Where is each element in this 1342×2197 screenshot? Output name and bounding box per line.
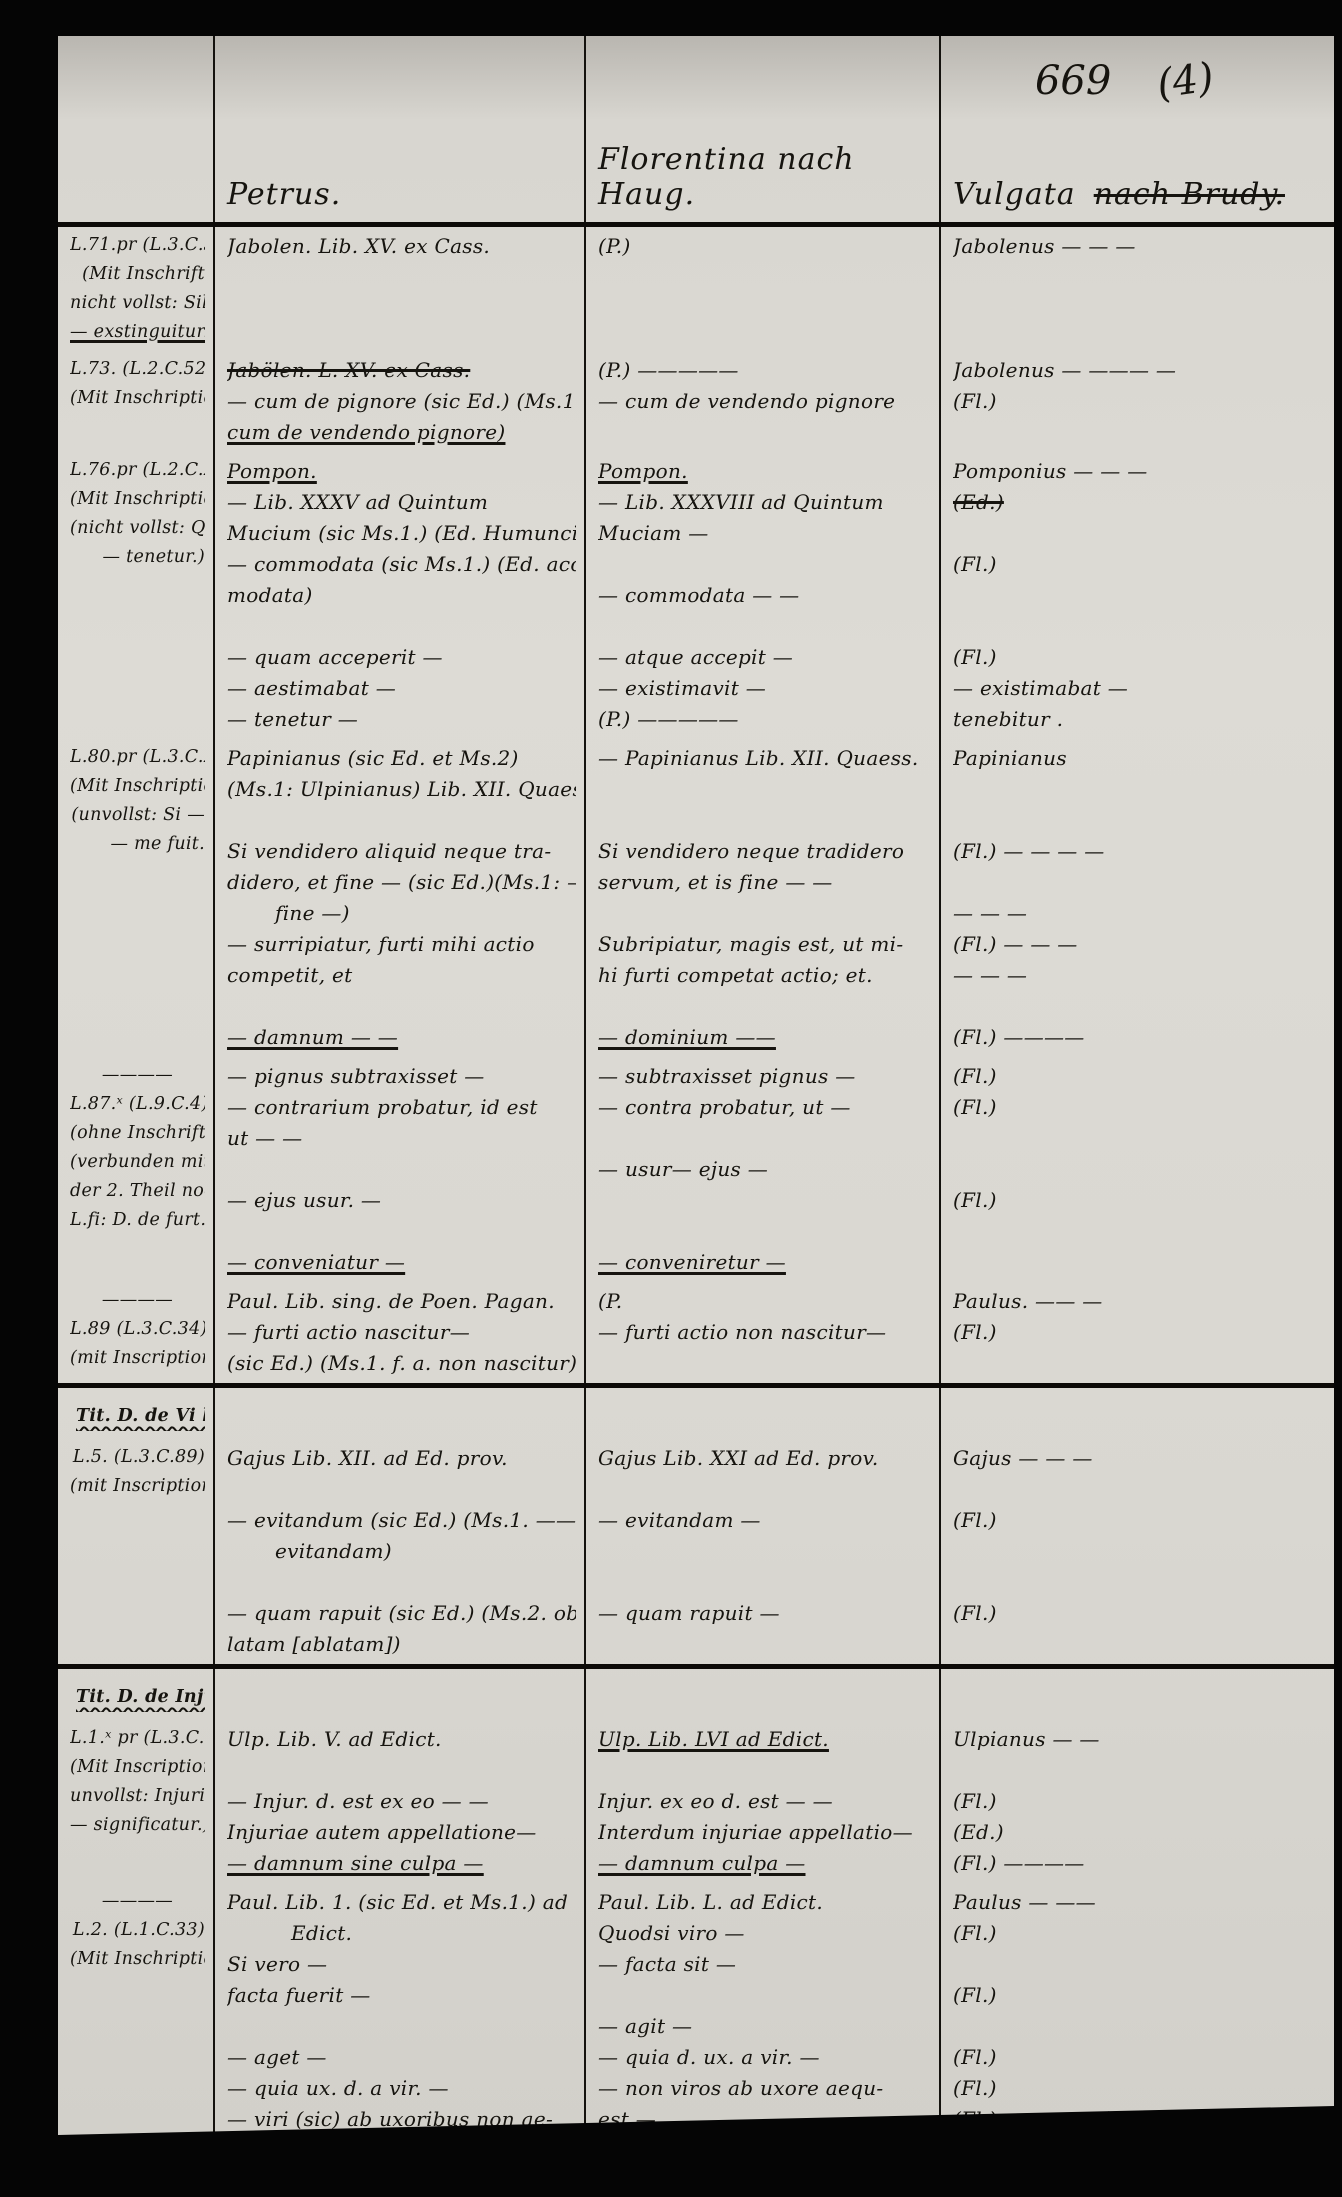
text-line: Papinianus [953, 743, 1326, 774]
text-line: (Ed.) [953, 1817, 1326, 1848]
text-line: (Fl.) — — — [953, 929, 1326, 960]
row-cell-c1: ————L.2. (L.1.C.33)(Mit Inschription) [58, 1883, 213, 2155]
text-line: (P.) ————— [598, 355, 931, 386]
text-line: competit, et [227, 960, 576, 991]
text-line: Mucium (sic Ms.1.) (Ed. Humuncium) [227, 518, 576, 549]
text-line: (P. [598, 1286, 931, 1317]
row-cell-c4: Papinianus (Fl.) — — — — — — —(Fl.) — — … [939, 739, 1334, 1057]
text-line: — evitandam — [598, 1505, 931, 1536]
row-cell-c4: Pomponius — — —(Ed.) (Fl.) (Fl.)— existi… [939, 452, 1334, 739]
text-line: L.2. (L.1.C.33) [70, 1916, 205, 1945]
manuscript-table-body: L.71.pr (L.3.C.32)(Mit Inschriftnicht vo… [58, 227, 1334, 2155]
text-line: — Lib. XXXVIII ad Quintum [598, 487, 931, 518]
row-cell-c4: Jabolenus — ——— —(Fl.) [939, 351, 1334, 452]
text-line: — exstinguitur.) [70, 318, 205, 347]
text-line: Ulp. Lib. LVI ad Edict. [598, 1724, 931, 1755]
text-line: — aestimabat — [227, 673, 576, 704]
header-label-vulgata: Vulgata [953, 177, 1076, 212]
row-cell-c4: Gajus — — — (Fl.) (Fl.) [939, 1439, 1334, 1664]
text-line [227, 2011, 576, 2042]
text-line: Tit. D. de Injuriis. [76, 1683, 205, 1712]
text-line: (nicht vollst: Quire [70, 514, 205, 543]
table-header-row: Petrus. Florentina nach Haug. Vulgata na… [58, 36, 1334, 227]
text-line [953, 2011, 1326, 2042]
text-line: — conveniretur — [598, 1247, 931, 1278]
text-line [953, 991, 1326, 1022]
text-line [953, 867, 1326, 898]
text-line [227, 611, 576, 642]
text-line [953, 1154, 1326, 1185]
row-cell-c2: Ulp. Lib. V. ad Edict. — Injur. d. est e… [213, 1720, 584, 1883]
header-label-vulgata-struck: nach Brudy. [1094, 177, 1285, 212]
text-line: — damnum sine culpa — [227, 1848, 576, 1879]
text-line: —— [953, 2135, 1326, 2155]
scanned-page-background: 669 (4) Petrus. Florentina nach Haug. Vu… [0, 0, 1342, 2197]
text-line: L.5. (L.3.C.89) [70, 1443, 205, 1472]
text-line: — Injur. d. est ex eo — — [227, 1786, 576, 1817]
text-line [598, 1474, 931, 1505]
text-line: Paul. Lib. L. ad Edict. [598, 1887, 931, 1918]
text-line [227, 1216, 576, 1247]
text-line: — usur— ejus — [598, 1154, 931, 1185]
table-row: Tit. D. de Vi bon. R. [58, 1383, 1334, 1439]
text-line: (Fl.) [953, 1598, 1326, 1629]
row-cell-c1: ————L.89 (L.3.C.34)(mit Inscription) [58, 1282, 213, 1383]
text-line [953, 1216, 1326, 1247]
text-line: — facta sit — [598, 1949, 931, 1980]
text-line: — existimabat — [953, 673, 1326, 704]
text-line: — quam rapuit (sic Ed.) (Ms.2. ob- [227, 1598, 576, 1629]
text-line: — damnum culpa — [598, 1848, 931, 1879]
text-line: cum de vendendo pignore) [227, 417, 576, 448]
text-line: Pomponius — — — [953, 456, 1326, 487]
text-line: (Fl.) [953, 1317, 1326, 1348]
text-line: (Fl.) [953, 549, 1326, 580]
row-cell-c1: L.5. (L.3.C.89)(mit Inscription) [58, 1439, 213, 1664]
text-line [598, 1536, 931, 1567]
text-line: Papinianus (sic Ed. et Ms.2) [227, 743, 576, 774]
text-line [953, 1567, 1326, 1598]
text-line: didero, et fine — (sic Ed.)(Ms.1: — et h… [227, 867, 576, 898]
text-line [227, 805, 576, 836]
text-line [598, 1123, 931, 1154]
text-line: (sic Ed.) (Ms.1. f. a. non nascitur) [227, 1348, 576, 1379]
text-line [953, 774, 1326, 805]
text-line: — commodata — — [598, 580, 931, 611]
row-cell-c4: (Fl.)(Fl.) (Fl.) [939, 1057, 1334, 1282]
row-cell-c3: — Papinianus Lib. XII. Quaess. Si vendid… [584, 739, 939, 1057]
text-line: Tit. D. de Vi bon. R. [76, 1402, 205, 1431]
text-line: (Fl.) [953, 1185, 1326, 1216]
row-cell-c3 [584, 1669, 939, 1720]
text-line: Jabolenus — ——— — [953, 355, 1326, 386]
text-line: — commodata (sic Ms.1.) (Ed. accom- [227, 549, 576, 580]
text-line: (Fl.) [953, 1092, 1326, 1123]
text-line: nicht vollst: Silio — [70, 289, 205, 318]
text-line: (Mit Inschription) [70, 772, 205, 801]
text-line: Interdum injuriae appellatio— [598, 1817, 931, 1848]
row-cell-c3 [584, 1388, 939, 1439]
text-line: evitandam) [227, 1536, 576, 1567]
text-line [953, 805, 1326, 836]
text-line: (Fl.) [953, 386, 1326, 417]
text-line: L.71.pr (L.3.C.32) [70, 231, 205, 260]
row-cell-c2: Jabölen. L. XV. ex Cass.— cum de pignore… [213, 351, 584, 452]
header-cell-florentina: Florentina nach Haug. [584, 36, 939, 222]
table-row: L.1.ˣ pr (L.3.C.52)(Mit Inscription)unvo… [58, 1720, 1334, 1883]
text-line [953, 1247, 1326, 1278]
text-line [953, 611, 1326, 642]
row-cell-c4 [939, 1669, 1334, 1720]
text-line: Injur. ex eo d. est — — [598, 1786, 931, 1817]
header-label-florentina: Florentina nach Haug. [598, 142, 931, 212]
text-line: (P.) ————— [598, 704, 931, 735]
row-cell-c1: L.73. (L.2.C.52)(Mit Inschription) [58, 351, 213, 452]
text-line: L.73. (L.2.C.52) [70, 355, 205, 384]
row-cell-c1: L.1.ˣ pr (L.3.C.52)(Mit Inscription)unvo… [58, 1720, 213, 1883]
text-line: Muciam — [598, 518, 931, 549]
text-line: — Papinianus Lib. XII. Quaess. [598, 743, 931, 774]
row-cell-c3: Ulp. Lib. LVI ad Edict. Injur. ex eo d. … [584, 1720, 939, 1883]
text-line: — agit — [598, 2011, 931, 2042]
text-line: — existimavit — [598, 673, 931, 704]
row-cell-c1: Tit. D. de Vi bon. R. [58, 1388, 213, 1439]
text-line: — significatur.) [70, 1811, 205, 1840]
text-line: (ohne Inschrift) [70, 1119, 205, 1148]
row-cell-c1: L.76.pr (L.2.C.25)(Mit Inschription)(nic… [58, 452, 213, 739]
text-line: (unvollst: Si — [70, 801, 205, 830]
row-cell-c2: — pignus subtraxisset —— contrarium prob… [213, 1057, 584, 1282]
text-line: Paul. Lib. 1. (sic Ed. et Ms.1.) ad [227, 1887, 576, 1918]
table-row: L.73. (L.2.C.52)(Mit Inschription)Jaböle… [58, 351, 1334, 452]
text-line [598, 991, 931, 1022]
row-cell-c2: Pompon.— Lib. XXXV ad QuintumMucium (sic… [213, 452, 584, 739]
text-line [953, 1123, 1326, 1154]
text-line: Si vero — [227, 1949, 576, 1980]
text-line: Si vendidero aliquid neque tra- [227, 836, 576, 867]
text-line: facta fuerit — [227, 1980, 576, 2011]
text-line: (Fl.) [953, 2073, 1326, 2104]
text-line: L.76.pr (L.2.C.25) [70, 456, 205, 485]
text-line: Pompon. [598, 456, 931, 487]
row-cell-c3: (P.— furti actio non nascitur— [584, 1282, 939, 1383]
text-line: — furti actio non nascitur— [598, 1317, 931, 1348]
text-line: (Fl.) [953, 2042, 1326, 2073]
text-line: (P.) [598, 231, 931, 262]
text-line: — tenetur — [227, 704, 576, 735]
text-line [227, 1567, 576, 1598]
text-line: L.80.pr (L.3.C.22) [70, 743, 205, 772]
text-line: L.1.ˣ pr (L.3.C.52) [70, 1724, 205, 1753]
text-line: Gajus — — — [953, 1443, 1326, 1474]
row-cell-c2: Paul. Lib. sing. de Poen. Pagan.— furti … [213, 1282, 584, 1383]
text-line: — aget — [227, 2042, 576, 2073]
row-cell-c3: Paul. Lib. L. ad Edict.Quodsi viro —— fa… [584, 1883, 939, 2155]
text-line: (Mit Inschription) [70, 384, 205, 413]
text-line: — ejus usur. — [227, 1185, 576, 1216]
text-line: — atque accepit — [598, 642, 931, 673]
text-line: Gajus Lib. XXI ad Ed. prov. [598, 1443, 931, 1474]
text-line: — conveniatur — [227, 1247, 576, 1278]
text-line: (Fl.) [953, 1061, 1326, 1092]
text-line: Jabolen. Lib. XV. ex Cass. [227, 231, 576, 262]
text-line [598, 549, 931, 580]
text-line [227, 1474, 576, 1505]
text-line: — surripiatur, furti mihi actio [227, 929, 576, 960]
row-cell-c4: Paulus. —— —(Fl.) [939, 1282, 1334, 1383]
row-cell-c1: L.80.pr (L.3.C.22)(Mit Inschription)(unv… [58, 739, 213, 1057]
text-line: (Fl.) [953, 1980, 1326, 2011]
text-line: — cum de vendendo pignore [598, 386, 931, 417]
table-row: L.5. (L.3.C.89)(mit Inscription)Gajus Li… [58, 1439, 1334, 1664]
text-line: (Fl.) [953, 1505, 1326, 1536]
text-line: (Mit Inschription) [70, 1945, 205, 1974]
text-line [953, 1536, 1326, 1567]
text-line: (Fl.) [953, 1918, 1326, 1949]
header-cell-vulgata: Vulgata nach Brudy. [939, 36, 1334, 222]
text-line: — evitandum (sic Ed.) (Ms.1. —— [227, 1505, 576, 1536]
text-line: latam [ablatam]) [227, 1629, 576, 1660]
text-line: (mit Inscription) [70, 1472, 205, 1501]
text-line: (Fl.) — — uxoribus (Fl.) [953, 2104, 1326, 2135]
text-line: — me fuit. [70, 830, 205, 859]
text-line: — damnum — — [227, 1022, 576, 1053]
header-cell-petrus: Petrus. [213, 36, 584, 222]
text-line: (Fl.) [953, 642, 1326, 673]
row-cell-c1: L.71.pr (L.3.C.32)(Mit Inschriftnicht vo… [58, 227, 213, 351]
text-line [227, 1755, 576, 1786]
text-line: ———— [70, 1887, 205, 1916]
text-line [598, 898, 931, 929]
text-line: Ulp. Lib. V. ad Edict. [227, 1724, 576, 1755]
table-row: ————L.2. (L.1.C.33)(Mit Inschription)Pau… [58, 1883, 1334, 2155]
text-line: (Fl.) ———— [953, 1022, 1326, 1053]
row-cell-c2: Papinianus (sic Ed. et Ms.2)(Ms.1: Ulpin… [213, 739, 584, 1057]
row-cell-c4: Ulpianus — — (Fl.)(Ed.)(Fl.) ———— [939, 1720, 1334, 1883]
manuscript-paper: 669 (4) Petrus. Florentina nach Haug. Vu… [58, 36, 1334, 2155]
text-line: Injuriae autem appellatione— [227, 1817, 576, 1848]
text-line: der 2. Theil noch [70, 1177, 205, 1206]
row-cell-c3: Pompon.— Lib. XXXVIII ad QuintumMuciam —… [584, 452, 939, 739]
header-label-petrus: Petrus. [227, 177, 341, 212]
text-line [598, 805, 931, 836]
text-line: tenebitur . [953, 704, 1326, 735]
row-cell-c2 [213, 1669, 584, 1720]
row-cell-c1: Tit. D. de Injuriis. [58, 1669, 213, 1720]
text-line [598, 611, 931, 642]
text-line: Edict. [227, 1918, 576, 1949]
text-line: modata) [227, 580, 576, 611]
text-line [598, 1185, 931, 1216]
text-line: L.87.ˣ (L.9.C.4) [70, 1090, 205, 1119]
text-line: — — — [953, 960, 1326, 991]
row-cell-c3: (P.) —————— cum de vendendo pignore [584, 351, 939, 452]
text-line: (Mit Inschrift [70, 260, 205, 289]
row-cell-c2: Jabolen. Lib. XV. ex Cass. [213, 227, 584, 351]
text-line: — contra probatur, ut — [598, 1092, 931, 1123]
text-line: hi furti competat actio; et. [598, 960, 931, 991]
text-line: — quam rapuit — [598, 1598, 931, 1629]
text-line: (Mit Inscription) [70, 1753, 205, 1782]
text-line [598, 1980, 931, 2011]
text-line: Pompon. [227, 456, 576, 487]
table-row: L.80.pr (L.3.C.22)(Mit Inschription)(unv… [58, 739, 1334, 1057]
row-cell-c2 [213, 1388, 584, 1439]
row-cell-c1: ————L.87.ˣ (L.9.C.4)(ohne Inschrift)(ver… [58, 1057, 213, 1282]
table-row: ————L.89 (L.3.C.34)(mit Inscription)Paul… [58, 1282, 1334, 1383]
text-line: — quia ux. d. a vir. — [227, 2073, 576, 2104]
table-row: ————L.87.ˣ (L.9.C.4)(ohne Inschrift)(ver… [58, 1057, 1334, 1282]
row-cell-c3: Gajus Lib. XXI ad Ed. prov. — evitandam … [584, 1439, 939, 1664]
text-line: ———— [70, 1061, 205, 1090]
text-line: — tenetur.) [70, 543, 205, 572]
text-line: (Ed.) [953, 487, 1326, 518]
text-line [227, 1154, 576, 1185]
text-line: Si vendidero neque tradidero [598, 836, 931, 867]
text-line [598, 774, 931, 805]
text-line: — Lib. XXXV ad Quintum [227, 487, 576, 518]
text-line: est — [598, 2104, 931, 2135]
text-line: (mit Inscription) [70, 1344, 205, 1373]
text-line: Paul. Lib. sing. de Poen. Pagan. [227, 1286, 576, 1317]
text-line: quum est (sic Ed.)(Ms.2. non uxores [227, 2135, 576, 2155]
text-line: Quodsi viro — [598, 1918, 931, 1949]
text-line: Paulus. —— — [953, 1286, 1326, 1317]
text-line: Jabölen. L. XV. ex Cass. [227, 355, 576, 386]
text-line: — quam acceperit — [227, 642, 576, 673]
text-line: L.89 (L.3.C.34) [70, 1315, 205, 1344]
text-line [953, 1755, 1326, 1786]
text-line [953, 1474, 1326, 1505]
text-line: (Fl.) [953, 1786, 1326, 1817]
text-line [598, 1567, 931, 1598]
text-line: Jabolenus — — — [953, 231, 1326, 262]
row-cell-c4 [939, 1388, 1334, 1439]
text-line: servum, et is fine — — [598, 867, 931, 898]
text-line: (Ms.1: Ulpinianus) Lib. XII. Quaess. [227, 774, 576, 805]
text-line [953, 518, 1326, 549]
text-line: — — — [953, 898, 1326, 929]
text-line: — viri (sic) ab uxoribus non ae- [227, 2104, 576, 2135]
text-line: — cum de pignore (sic Ed.) (Ms.1: [227, 386, 576, 417]
text-line: unvollst: Injuria [70, 1782, 205, 1811]
text-line: — contrarium probatur, id est [227, 1092, 576, 1123]
table-row: L.71.pr (L.3.C.32)(Mit Inschriftnicht vo… [58, 227, 1334, 351]
table-row: Tit. D. de Injuriis. [58, 1664, 1334, 1720]
text-line [953, 1949, 1326, 1980]
text-line: ut — — [227, 1123, 576, 1154]
text-line: Subripiatur, magis est, ut mi- [598, 929, 931, 960]
text-line [598, 1216, 931, 1247]
text-line: — dominium —— [598, 1022, 931, 1053]
text-line: (Mit Inschription) [70, 485, 205, 514]
row-cell-c2: Gajus Lib. XII. ad Ed. prov. — evitandum… [213, 1439, 584, 1664]
text-line: — non viros ab uxore aequ- [598, 2073, 931, 2104]
text-line [598, 1755, 931, 1786]
text-line: Ulpianus — — [953, 1724, 1326, 1755]
header-cell-citations [58, 36, 213, 222]
text-line: (Fl.) — — — — [953, 836, 1326, 867]
text-line: — pignus subtraxisset — [227, 1061, 576, 1092]
row-cell-c3: (P.) [584, 227, 939, 351]
table-row: L.76.pr (L.2.C.25)(Mit Inschription)(nic… [58, 452, 1334, 739]
text-line [227, 991, 576, 1022]
row-cell-c3: — subtraxisset pignus —— contra probatur… [584, 1057, 939, 1282]
text-line: ———— [70, 1286, 205, 1315]
row-cell-c4: Jabolenus — — — [939, 227, 1334, 351]
text-line: Paulus — —— [953, 1887, 1326, 1918]
text-line [953, 580, 1326, 611]
row-cell-c4: Paulus — ——(Fl.) (Fl.) (Fl.)(Fl.)(Fl.) —… [939, 1883, 1334, 2155]
text-line: fine —) [227, 898, 576, 929]
text-line: — subtraxisset pignus — [598, 1061, 931, 1092]
text-line: (verbunden mit [70, 1148, 205, 1177]
row-cell-c2: Paul. Lib. 1. (sic Ed. et Ms.1.) adEdict… [213, 1883, 584, 2155]
text-line: Gajus Lib. XII. ad Ed. prov. [227, 1443, 576, 1474]
text-line: (Fl.) ———— [953, 1848, 1326, 1879]
text-line: — furti actio nascitur— [227, 1317, 576, 1348]
text-line: L.fi: D. de furt.) [70, 1206, 205, 1235]
text-line: — quia d. ux. a vir. — [598, 2042, 931, 2073]
